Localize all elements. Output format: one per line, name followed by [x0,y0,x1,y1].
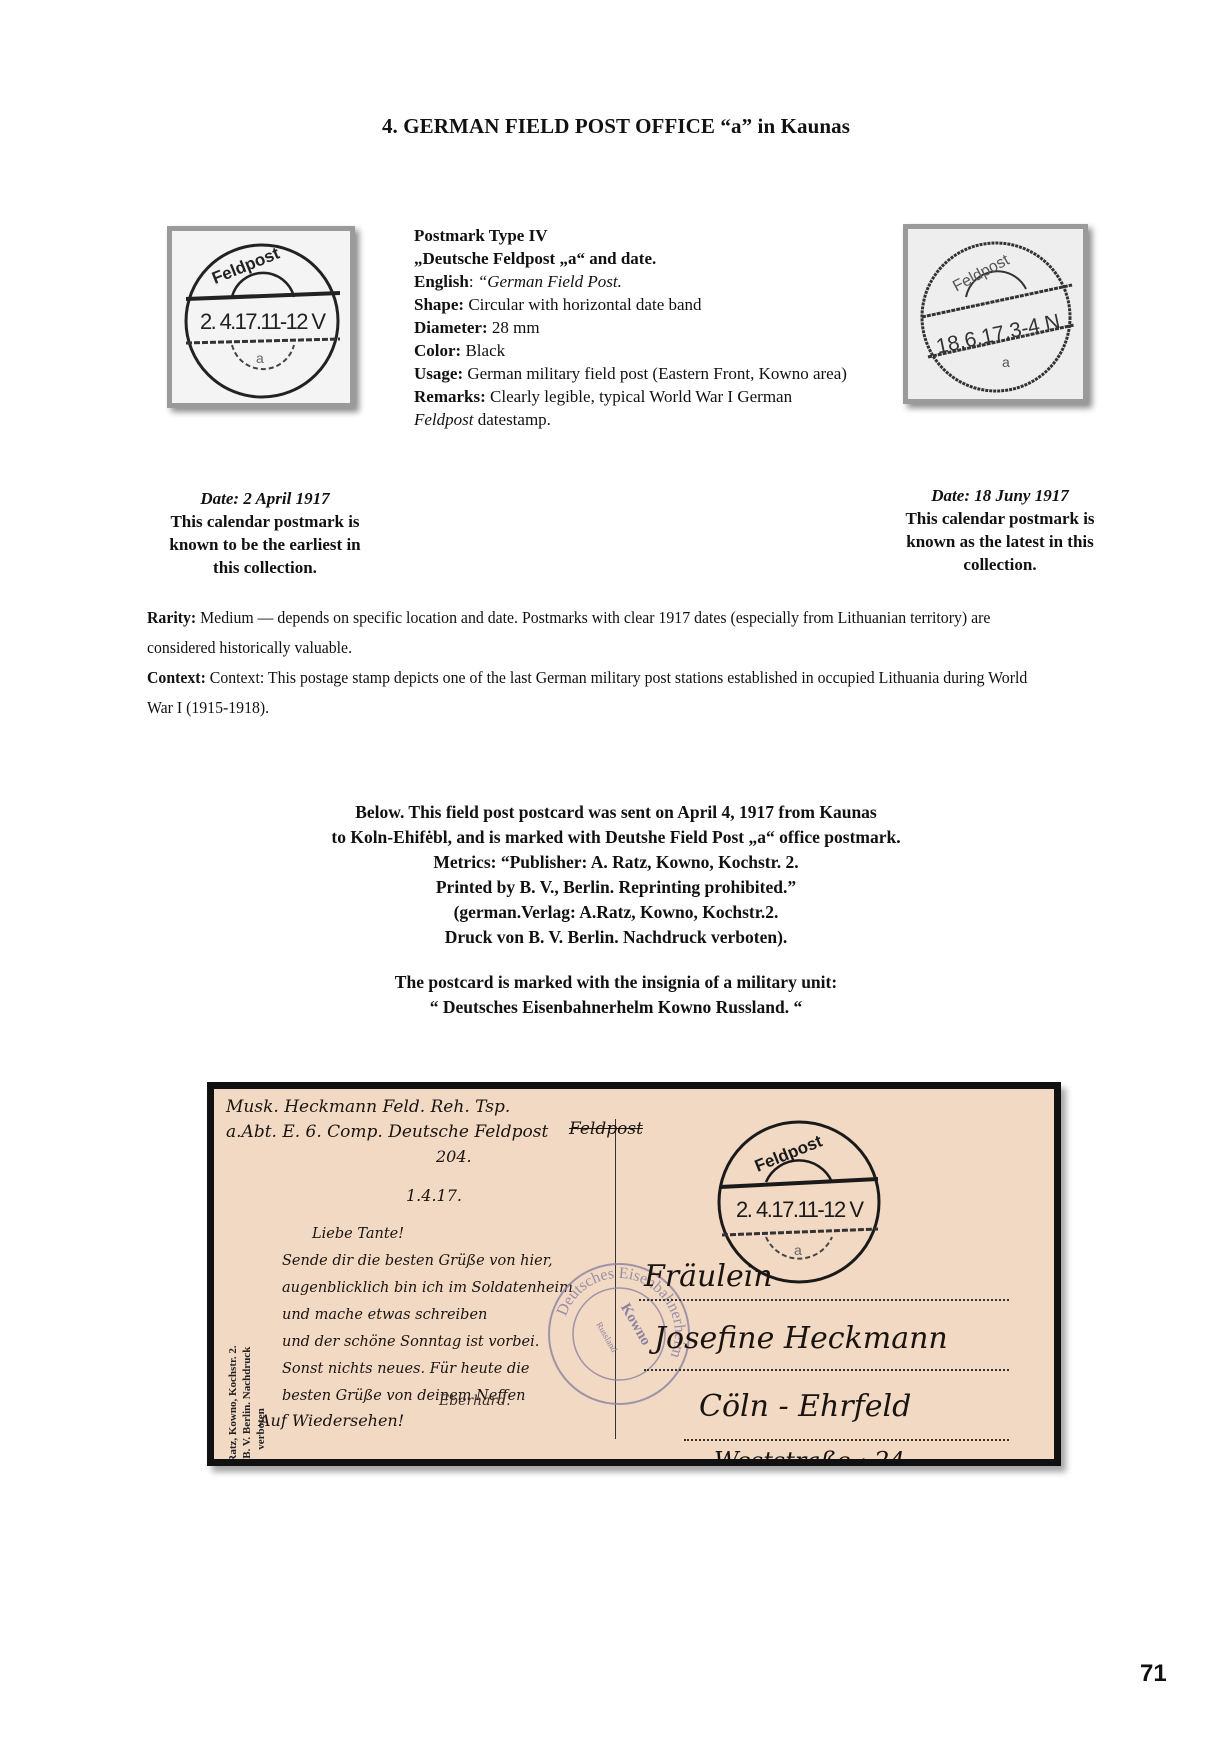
rarity-paragraph: Rarity: Medium — depends on specific loc… [147,603,1040,663]
svg-text:a: a [794,1242,802,1258]
feldpost-postmark-icon: Feldpost 18.6.17.3-4 N a [908,229,1083,399]
recipient-city: Cöln - Ehrfeld [699,1389,911,1424]
sender-address: Musk. Heckmann Feld. Reh. Tsp. a.Abt. E.… [226,1095,548,1145]
shape-row: Shape: Circular with horizontal date ban… [414,293,854,316]
rarity-context: Rarity: Medium — depends on specific loc… [147,603,1040,723]
address-line [684,1439,1009,1441]
publisher-imprint: Verlag: A. Ratz, Kowno, Kochstr. 2. Druc… [226,1329,266,1459]
unit-number: 204. [436,1147,472,1166]
svg-text:2. 4.17.11-12 V: 2. 4.17.11-12 V [200,309,326,334]
svg-text:a: a [256,350,264,366]
signature: Eberhard. [439,1393,511,1409]
svg-text:Kowno: Kowno [617,1301,654,1349]
svg-text:Russland: Russland [594,1320,619,1354]
page-title: 4. GERMAN FIELD POST OFFICE “a” in Kauna… [0,114,1232,139]
recipient-title: Fräulein [644,1259,773,1294]
english-row: English: “German Field Post. [414,270,854,293]
address-line [644,1369,1009,1371]
recipient-name: Josefine Heckmann [654,1321,948,1356]
usage-row: Usage: German military field post (Easte… [414,362,854,385]
svg-text:Feldpost: Feldpost [752,1131,825,1175]
context-paragraph: Context: Context: This postage stamp dep… [147,663,1040,723]
postmark-image-latest: Feldpost 18.6.17.3-4 N a [903,224,1088,404]
postmark-description: Postmark Type IV „Deutsche Feldpost „a“ … [414,224,854,431]
caption-date: Date: 18 Juny 1917 [868,484,1132,507]
message-date: 1.4.17. [406,1186,462,1205]
postmark-image-earliest: Feldpost 2. 4.17.11-12 V a [167,226,355,408]
svg-text:2. 4.17.11-12 V: 2. 4.17.11-12 V [736,1197,864,1222]
postcard-description: Below. This field post postcard was sent… [0,800,1232,1020]
feldpost-postmark-icon: Feldpost 2. 4.17.11-12 V a [172,231,350,403]
remarks-row: Remarks: Clearly legible, typical World … [414,385,854,431]
postcard-image: Verlag: A. Ratz, Kowno, Kochstr. 2. Druc… [207,1082,1061,1466]
postmark-type-heading: Postmark Type IV [414,226,548,245]
address-line [639,1299,1009,1301]
caption-latest: Date: 18 Juny 1917 This calendar postmar… [868,484,1132,576]
color-row: Color: Black [414,339,854,362]
svg-text:a: a [1002,354,1010,370]
message-body: Liebe Tante! Sende dir die besten Grüße … [282,1221,573,1410]
caption-earliest: Date: 2 April 1917 This calendar postmar… [130,487,400,579]
page-number: 71 [1140,1660,1167,1688]
postmark-inscription: „Deutsche Feldpost „a“ and date. [414,249,656,268]
feldpost-note: Feldpost [569,1119,643,1139]
closing: Auf Wiedersehen! [259,1411,404,1430]
recipient-street: Weststraße : 24. [714,1447,912,1459]
diameter-row: Diameter: 28 mm [414,316,854,339]
caption-date: Date: 2 April 1917 [130,487,400,510]
